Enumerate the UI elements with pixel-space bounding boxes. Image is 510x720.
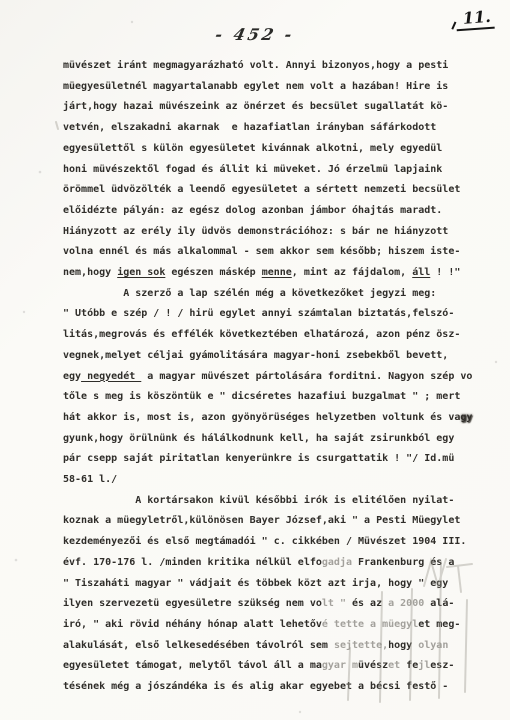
text-segment: évf. 170-176 l. /minden kritika nélkül e… xyxy=(63,557,322,568)
text-segment: A szerző a lap szélén még a következőket… xyxy=(63,288,436,299)
text-line: vegnek,melyet céljai gyámolitására magya… xyxy=(63,346,493,367)
text-segment: müegyesületnél magyartalanabb egylet nem… xyxy=(63,81,448,92)
text-segment: honi müvészektől fogad és állit ki müvek… xyxy=(63,164,442,175)
text-segment: egészen máskép xyxy=(165,267,261,278)
text-line: koznak a müegyletről,különösen Bayer Józ… xyxy=(63,511,493,532)
text-line: tésének még a jószándéka is és alig akar… xyxy=(63,677,493,698)
text-line: ilyen szervezetü egyesületre szükség nem… xyxy=(63,594,493,615)
text-segment: lt " xyxy=(322,598,352,609)
text-segment: " Utóbb e szép / ! / hirü egylet annyi s… xyxy=(63,308,454,319)
text-segment: a 2000 xyxy=(388,598,430,609)
text-line: " Tiszaháti magyar " vádjait és többek k… xyxy=(63,574,493,595)
underlined-text: menne xyxy=(262,267,292,278)
text-line: egyesülettől s külön egyesületet kivánna… xyxy=(63,139,493,160)
typewritten-text: müvészet iránt megmagyarázható volt. Ann… xyxy=(63,56,493,698)
text-segment: pár csepp saját piritatlan kenyerünkre i… xyxy=(63,453,454,464)
text-segment: alakulását, első lelkesedésében távolról… xyxy=(63,640,334,651)
text-segment: " Tiszaháti magyar " vádjait és többek k… xyxy=(63,578,448,589)
text-line: honi müvészektől fogad és állit ki müvek… xyxy=(63,160,493,181)
text-segment: ilyen szervezetü egyesületre szükség nem… xyxy=(63,598,322,609)
underlined-text: áll xyxy=(412,267,430,278)
text-line: pár csepp saját piritatlan kenyerünkre i… xyxy=(63,449,493,470)
text-line: A kortársakon kivül későbbi irók is elit… xyxy=(63,491,493,512)
text-line: müvészet iránt megmagyarázható volt. Ann… xyxy=(63,56,493,77)
text-line: előidézte pályán: az egész dolog azonban… xyxy=(63,201,493,222)
text-line: A szerző a lap szélén még a következőket… xyxy=(63,284,493,305)
text-line: örömmel üdvözölték a leendő egyesületet … xyxy=(63,180,493,201)
text-segment: koznak a müegyletről,különösen Bayer Józ… xyxy=(63,515,460,526)
text-line: volna ennél és más alkalommal - sem akko… xyxy=(63,242,493,263)
scanned-document-page: 11. - 452 - müvészet iránt megmagyarázha… xyxy=(0,0,510,720)
text-segment: egy xyxy=(63,371,81,382)
text-segment: nem,hogy xyxy=(63,267,117,278)
page-number-header: - 452 - xyxy=(214,25,297,44)
text-segment: sejtette, xyxy=(334,640,388,651)
text-segment: 58-61 l./ xyxy=(63,474,117,485)
text-line: gyunk,hogy örülnünk és hálálkodnunk kell… xyxy=(63,429,493,450)
text-segment: örömmel üdvözölték a leendő egyesületet … xyxy=(63,184,460,195)
text-line: müegyesületnél magyartalanabb egylet nem… xyxy=(63,77,493,98)
text-segment: gyunk,hogy örülnünk és hálálkodnunk kell… xyxy=(63,433,454,444)
text-segment: Hiányzott az erély ily üdvös demonstráci… xyxy=(63,226,448,237)
text-line: kezdeményezői és első megtámadói " c. ci… xyxy=(63,532,493,553)
text-line: Hiányzott az erély ily üdvös demonstráci… xyxy=(63,222,493,243)
text-segment: vegnek,melyet céljai gyámolitására magya… xyxy=(63,350,448,361)
text-line: alakulását, első lelkesedésében távolról… xyxy=(63,636,493,657)
text-segment: é tette a müegyl xyxy=(322,619,418,630)
text-segment: járt,hogy hazai müvészeink az önérzet és… xyxy=(63,101,448,112)
text-segment: tőle s meg is köszöntük e " dicséretes h… xyxy=(63,391,460,402)
text-segment: litás,megrovás és effélék következtében … xyxy=(63,329,460,340)
text-segment: fe xyxy=(406,660,418,671)
text-segment: gadja xyxy=(322,557,352,568)
text-segment: a magyar müvészet pártolására forditni. … xyxy=(141,371,472,382)
text-line: járt,hogy hazai müvészeink az önérzet és… xyxy=(63,97,493,118)
text-segment: előidézte pályán: az egész dolog azonban… xyxy=(63,205,442,216)
text-line: tőle s meg is köszöntük e " dicséretes h… xyxy=(63,387,493,408)
text-line: iró, " aki rövid néhány hónap alatt lehe… xyxy=(63,615,493,636)
text-line: nem,hogy igen sok egészen máskép menne, … xyxy=(63,263,493,284)
text-segment: és az xyxy=(352,598,388,609)
text-segment: egyesületet támogat, melytől távol áll a… xyxy=(63,660,322,671)
text-segment: , mint az fájdalom, xyxy=(292,267,412,278)
text-line: évf. 170-176 l. /minden kritika nélkül e… xyxy=(63,553,493,574)
handwritten-page-index: 11. xyxy=(455,7,494,32)
text-segment: A kortársakon kivül későbbi irók is elit… xyxy=(63,495,454,506)
text-segment: üvész xyxy=(358,660,388,671)
text-segment: gy xyxy=(460,412,472,423)
text-segment: et meg- xyxy=(418,619,460,630)
text-line: egyesületet támogat, melytől távol áll a… xyxy=(63,656,493,677)
underlined-text: igen sok xyxy=(117,267,165,278)
text-segment: egyesülettől s külön egyesületet kivánna… xyxy=(63,143,442,154)
text-segment: tésének még a jószándéka is és alig akar… xyxy=(63,681,448,692)
text-line: hát akkor is, most is, azon gyönyörüsége… xyxy=(63,408,493,429)
text-segment: iró, " aki rövid néhány hónap alatt lehe… xyxy=(63,619,322,630)
text-segment: jl xyxy=(418,660,430,671)
text-segment: ! !" xyxy=(430,267,460,278)
text-segment: hát akkor is, most is, azon gyönyörüsége… xyxy=(63,412,460,423)
text-line: 58-61 l./ xyxy=(63,470,493,491)
text-segment: olyan xyxy=(418,640,448,651)
text-segment: müvészet iránt megmagyarázható volt. Ann… xyxy=(63,60,448,71)
underlined-text: negyedét xyxy=(81,371,141,382)
text-line: " Utóbb e szép / ! / hirü egylet annyi s… xyxy=(63,304,493,325)
text-segment: kezdeményezői és első megtámadói " c. ci… xyxy=(63,536,466,547)
text-line: litás,megrovás és effélék következtében … xyxy=(63,325,493,346)
text-line: egy negyedét a magyar müvészet pártolásá… xyxy=(63,367,493,388)
text-segment: hogy xyxy=(388,640,418,651)
text-segment: volna ennél és más alkalommal - sem akko… xyxy=(63,246,460,257)
text-segment: vetvén, elszakadni akarnak e hazafiatlan… xyxy=(63,122,436,133)
text-line: vetvén, elszakadni akarnak e hazafiatlan… xyxy=(63,118,493,139)
text-segment: gyar m xyxy=(322,660,358,671)
text-segment: alá- xyxy=(430,598,454,609)
text-segment: et xyxy=(388,660,406,671)
text-segment: esz- xyxy=(430,660,454,671)
text-segment: Frankenburg és a xyxy=(352,557,454,568)
